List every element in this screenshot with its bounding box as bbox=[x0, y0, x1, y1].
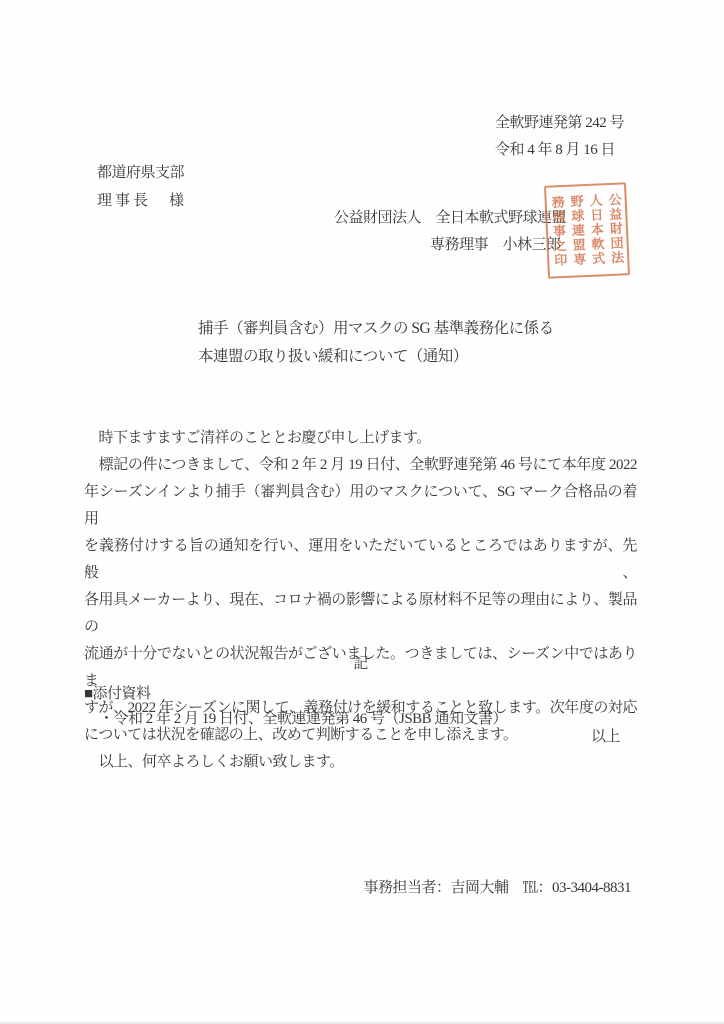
doc-header: 全軟野連発第 242 号 令和 4 年 8 月 16 日 bbox=[495, 110, 624, 164]
doc-date: 令和 4 年 8 月 16 日 bbox=[495, 137, 624, 164]
sender-org: 公益財団法人 全日本軟式野球連盟 bbox=[334, 205, 566, 232]
recipient-block: 都道府県支部 理事長 様 bbox=[97, 159, 187, 215]
seal-text: 公益財団法 人日本軟式 野球連盟専 務理事之印 bbox=[547, 193, 626, 269]
recipient-org: 都道府県支部 bbox=[97, 159, 187, 187]
recipient-title: 理事長 様 bbox=[97, 187, 187, 215]
body-line: 時下ますますご清祥のこととお慶び申し上げます。 bbox=[84, 425, 637, 452]
body-line: 以上、何卒よろしくお願い致します。 bbox=[84, 749, 637, 776]
official-seal-stamp: 公益財団法 人日本軟式 野球連盟専 務理事之印 bbox=[544, 182, 630, 278]
body-line: 各用具メーカーより、現在、コロナ禍の影響による原材料不足等の理由により、製品の bbox=[84, 587, 637, 641]
sender-block: 公益財団法人 全日本軟式野球連盟 専務理事 小林三郎 bbox=[334, 205, 566, 259]
closing-ijou: 以上 bbox=[591, 725, 620, 746]
document-page: 全軟野連発第 242 号 令和 4 年 8 月 16 日 都道府県支部 理事長 … bbox=[0, 0, 724, 1024]
contact-line: 事務担当者：吉岡大輔 ℡：03-3404-8831 bbox=[364, 876, 632, 897]
subject-title-line1: 捕手（審判員含む）用マスクの SG 基準義務化に係る bbox=[198, 315, 554, 343]
doc-number: 全軟野連発第 242 号 bbox=[495, 110, 624, 137]
subject-title: 捕手（審判員含む）用マスクの SG 基準義務化に係る 本連盟の取り扱い緩和につい… bbox=[198, 315, 554, 371]
attachment-item: ・令和 2 年 2 月 19 日付、全軟連連発第 46 号（JSBB 通知文書） bbox=[99, 707, 507, 728]
sender-person: 専務理事 小林三郎 bbox=[334, 232, 566, 259]
body-line: 標記の件につきまして、令和 2 年 2 月 19 日付、全軟野連発第 46 号に… bbox=[84, 452, 637, 479]
attachment-heading: ■添付資料 bbox=[84, 682, 151, 703]
body-line: 年シーズンインより捕手（審判員含む）用のマスクについて、SG マーク合格品の着用 bbox=[84, 479, 637, 533]
record-marker: 記 bbox=[84, 652, 637, 673]
subject-title-line2: 本連盟の取り扱い緩和について（通知） bbox=[198, 343, 554, 371]
body-line: を義務付けする旨の通知を行い、運用をいただいているところではありますが、先般、 bbox=[84, 533, 637, 587]
